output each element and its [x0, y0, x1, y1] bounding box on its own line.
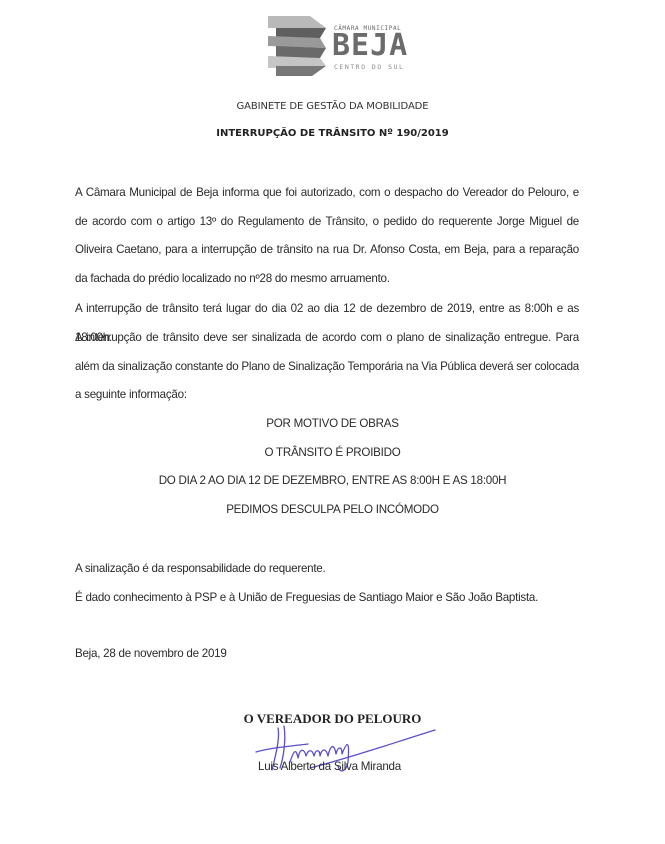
notice-line: POR MOTIVO DE OBRAS	[0, 410, 665, 439]
paragraph-authorization: A Câmara Municipal de Beja informa que f…	[75, 179, 579, 293]
paragraph-responsibility: A sinalização é da responsabilidade do r…	[75, 555, 579, 584]
beja-logo-mark-icon	[266, 14, 328, 76]
signatory-name: Luis Alberto da Silva Miranda	[258, 760, 401, 773]
notice-line: DO DIA 2 AO DIA 12 DE DEZEMBRO, ENTRE AS…	[0, 467, 665, 496]
paragraph-text: A Câmara Municipal de Beja informa que f…	[75, 179, 579, 293]
logo-big-text: BEJA	[332, 31, 408, 61]
paragraph-text: A interrupção de trânsito deve ser sinal…	[75, 324, 579, 410]
department-name: GABINETE DE GESTÃO DA MOBILIDADE	[0, 101, 665, 112]
signage-notice: POR MOTIVO DE OBRAS O TRÂNSITO É PROIBID…	[0, 410, 665, 524]
paragraph-signage: A interrupção de trânsito deve ser sinal…	[75, 324, 579, 410]
notice-line: O TRÂNSITO É PROIBIDO	[0, 439, 665, 468]
notice-line: PEDIMOS DESCULPA PELO INCÓMODO	[0, 496, 665, 525]
date-line: Beja, 28 de novembro de 2019	[75, 647, 227, 660]
camara-municipal-beja-logo: CÂMARA MUNICIPAL BEJA CENTRO DO SUL	[266, 14, 406, 76]
paragraph-notification: É dado conhecimento à PSP e à União de F…	[75, 584, 579, 613]
logo-sub-text: CENTRO DO SUL	[334, 63, 404, 71]
document-title: INTERRUPÇÃO DE TRÂNSITO Nº 190/2019	[0, 128, 665, 139]
paragraph-text: É dado conhecimento à PSP e à União de F…	[75, 584, 579, 613]
paragraph-text: A sinalização é da responsabilidade do r…	[75, 555, 579, 584]
